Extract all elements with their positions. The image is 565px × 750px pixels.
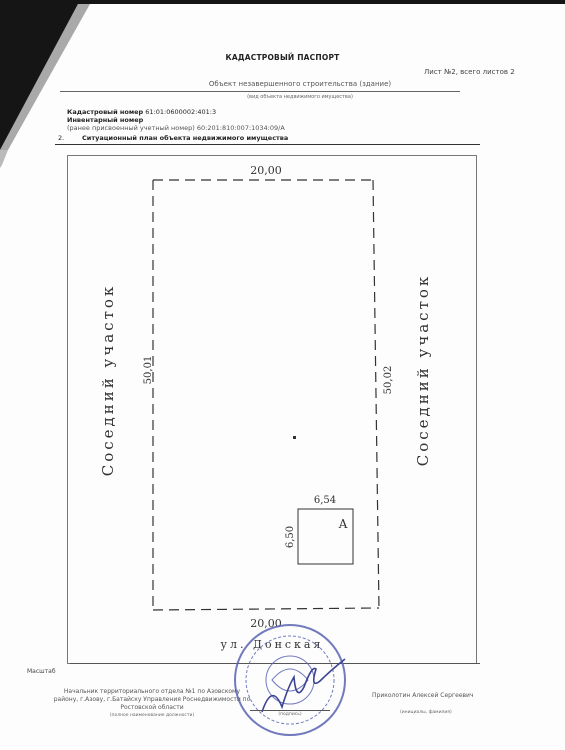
scale-label: Масштаб xyxy=(27,668,56,675)
bottom-dimension: 20,00 xyxy=(250,617,282,630)
building-height: 6,50 xyxy=(285,526,296,548)
signer-name: Приколотин Алексей Сергеевич xyxy=(372,692,474,699)
name-caption: (инициалы, фамилия) xyxy=(400,710,452,715)
signature-icon xyxy=(262,659,345,712)
building-label: А xyxy=(338,517,347,531)
signature-caption: (подпись) xyxy=(250,712,330,717)
right-dimension: 50,02 xyxy=(383,366,394,395)
left-neighbor-label: Соседний участок xyxy=(99,284,117,477)
right-neighbor-label: Соседний участок xyxy=(414,274,432,467)
top-dimension: 20,00 xyxy=(250,164,282,177)
signature-line xyxy=(250,710,330,711)
situation-plan: 20,00 20,00 50,01 50,02 6,54 6,50 А Сосе… xyxy=(0,0,565,750)
position-caption: (полное наименование должности) xyxy=(52,713,252,718)
signer-position: Начальник территориального отдела №1 по … xyxy=(52,688,252,712)
left-dimension: 50,01 xyxy=(143,356,154,385)
building-width: 6,54 xyxy=(314,495,336,506)
